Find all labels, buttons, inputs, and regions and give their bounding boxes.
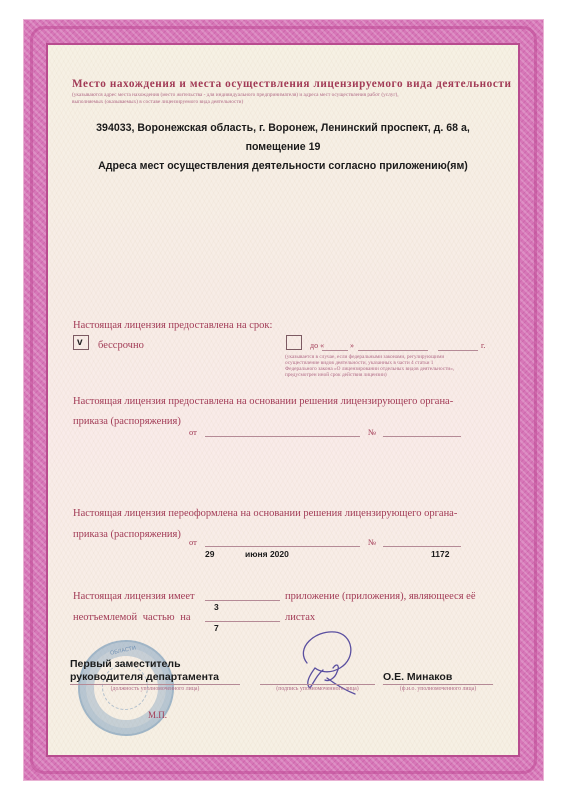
appendix-text-1-prefix: Настоящая лицензия имеет [73,591,195,602]
appendix-count-field[interactable] [205,600,280,601]
term-note-4: предусмотрен иной срок действия лицензии… [285,372,505,379]
until-prefix: до « [310,341,324,350]
seal-label: М.П. [148,710,167,720]
position-line [70,684,240,685]
reissued-text-2: приказа (распоряжения) [73,529,181,540]
appendix-text-2-prefix: неотъемлемой частью на [73,612,190,623]
stamp-text: ОБЛАСТИ [110,645,137,656]
signer-position-1: Первый заместитель [70,658,181,670]
until-day-field[interactable] [322,350,348,351]
signer-position-2: руководителя департамента [70,671,219,683]
appendix-sheets: 7 [214,623,219,633]
name-line [383,684,493,685]
appendix-sheets-field[interactable] [205,621,280,622]
indefinite-checkbox[interactable]: v [73,335,89,350]
checkmark-icon: v [77,337,83,348]
name-caption: (ф.и.о. уполномоченного лица) [383,686,493,692]
until-month-field[interactable] [358,350,428,351]
granted-number-field[interactable] [383,436,461,437]
appendix-text-2-suffix: листах [285,612,315,623]
until-year-field[interactable] [438,350,478,351]
section-subtitle-1: (указываются адрес места нахождения (мес… [72,92,502,99]
reissued-text-1: Настоящая лицензия переоформлена на осно… [73,508,457,519]
until-suffix: г. [481,341,485,350]
signature-caption: (подпись уполномоченного лица) [260,686,375,692]
appendix-text-1-suffix: приложение (приложения), являющееся её [285,591,476,602]
granted-date-field[interactable] [205,436,360,437]
reissued-number-field[interactable] [383,546,461,547]
appendix-count: 3 [214,602,219,612]
reissued-number-label: № [368,537,376,547]
reissued-from-label: от [189,537,197,547]
position-caption: (должность уполномоченного лица) [70,686,240,692]
reissued-number: 1172 [431,549,449,559]
address-line-3: Адреса мест осуществления деятельности с… [48,160,518,172]
address-line-2: помещение 19 [48,141,518,153]
until-mid: » [350,341,354,350]
until-date-checkbox[interactable] [286,335,302,350]
reissued-month-year: июня 2020 [245,549,289,559]
reissued-date-field[interactable] [205,546,360,547]
granted-text-2: приказа (распоряжения) [73,416,181,427]
section-subtitle-2: выполняемых (оказываемых) в составе лице… [72,99,502,106]
indefinite-label: бессрочно [98,340,144,351]
granted-number-label: № [368,427,376,437]
signer-name: О.Е. Минаков [383,671,452,683]
section-title: Место нахождения и места осуществления л… [72,78,502,90]
address-line-1: 394033, Воронежская область, г. Воронеж,… [48,122,518,134]
term-label: Настоящая лицензия предоставлена на срок… [73,320,272,331]
granted-from-label: от [189,427,197,437]
signature-line [260,684,375,685]
granted-text-1: Настоящая лицензия предоставлена на осно… [73,396,453,407]
reissued-day: 29 [205,549,214,559]
